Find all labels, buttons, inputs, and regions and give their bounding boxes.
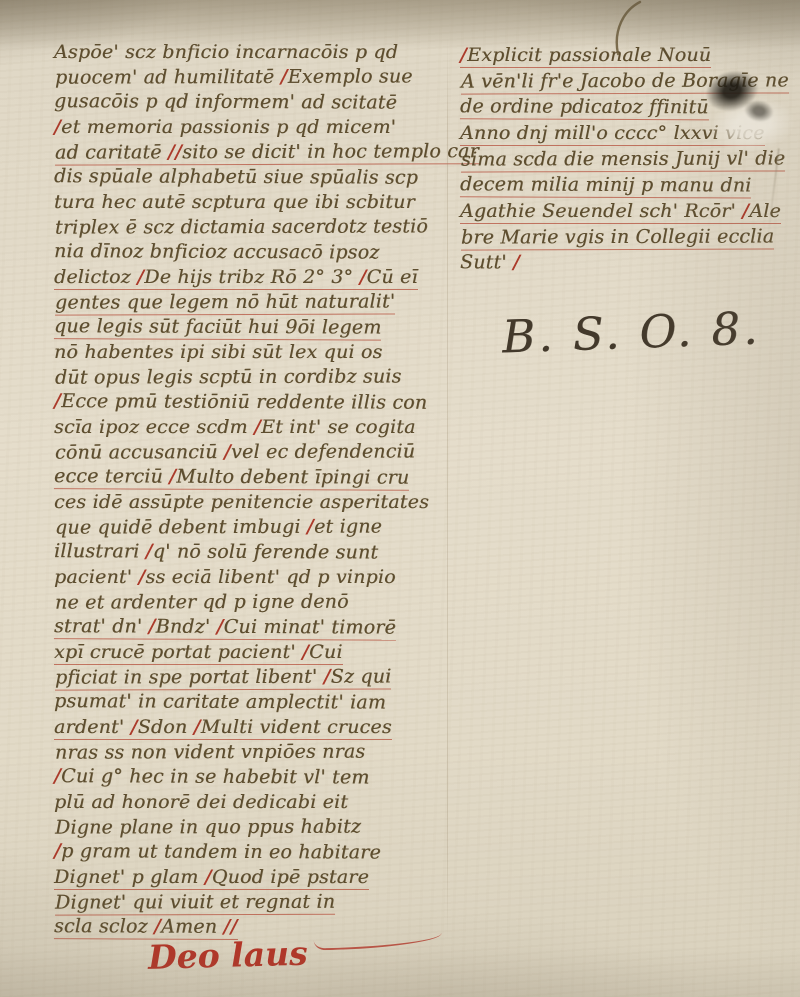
- text-line: nō habentes ipi sibi sūt lex qui os: [54, 340, 446, 365]
- pen-flourish-line: [313, 933, 441, 950]
- text-line: delictoz /De hijs tribz Rō 2° 3° /Cū eī: [54, 265, 446, 290]
- rubric-virgule: /: [138, 566, 145, 588]
- rubric-virgule: /: [513, 251, 520, 273]
- text-line: Sutt' /: [460, 249, 796, 276]
- rubric-virgule: /: [146, 541, 153, 563]
- text-line: ces idē assūpte penitencie asperitates: [54, 490, 446, 515]
- text-line: puocem' ad humilitatē /Exemplo sue: [55, 64, 447, 90]
- text-line: que legis sūt faciūt hui 9ōi legem: [54, 314, 446, 341]
- text-line: ecce terciū /Multo debent īpingi cru: [54, 464, 446, 491]
- text-line: Agathie Seuendel sch' Rcōr' /Ale: [460, 198, 796, 224]
- rubric-virgule: /: [217, 616, 224, 638]
- text-line: ad caritatē //sito se dicit' in hoc temp…: [55, 139, 447, 165]
- text-line: scīa ipoz ecce scdm /Et int' se cogita: [54, 415, 446, 440]
- text-line: nras ss non vident vnpiōes nras: [55, 739, 447, 765]
- text-line: Digne plane in quo ppus habitz: [55, 814, 447, 840]
- text-line: /et memoria passionis p qd micem': [54, 115, 446, 140]
- manuscript-page: Aspōe' scz bnficio incarnacōis p qdpuoce…: [0, 0, 800, 997]
- text-line: psumat' in caritate amplectit' iam: [54, 689, 446, 716]
- text-line: nia dīnoz bnficioz accusacō ipsoz: [54, 239, 446, 266]
- text-line: que quidē debent imbugi /et igne: [55, 514, 447, 540]
- rubric-virgule: /: [205, 866, 212, 888]
- column-ruling-line: [447, 36, 448, 942]
- text-line: /p gram ut tandem in eo habitare: [54, 839, 446, 866]
- shelfmark-inscription: B. S. O. 8.: [501, 302, 761, 364]
- text-line: Dignet' p glam /Quod ipē pstare: [54, 865, 446, 890]
- deo-laus-text: Deo laus: [148, 934, 309, 977]
- text-line: /Cui g° hec in se habebit vl' tem: [54, 764, 446, 791]
- text-line: Aspōe' scz bnficio incarnacōis p qd: [54, 40, 446, 65]
- text-line: decem milia minij p manu dni: [460, 171, 796, 198]
- rubric-virgule: /: [324, 666, 331, 688]
- text-line: ne et ardenter qd p igne denō: [55, 589, 447, 615]
- deo-laus-inscription: Deo laus: [148, 930, 443, 977]
- rubric-virgule: //: [168, 141, 182, 163]
- text-line: dūt opus legis scptū in cordibz suis: [55, 364, 447, 390]
- text-line: dis spūale alphabetū siue spūalis scp: [54, 164, 446, 191]
- text-line: plū ad honorē dei dedicabi eit: [54, 790, 446, 815]
- text-line: tura hec autē scptura que ibi scbitur: [54, 190, 446, 215]
- text-line: bre Marie vgis in Collegii ecclia: [461, 223, 797, 250]
- text-line: pacient' /ss eciā libent' qd p vinpio: [54, 565, 446, 590]
- main-text-column: Aspōe' scz bnficio incarnacōis p qdpuoce…: [54, 40, 446, 940]
- rubric-virgule: /: [149, 616, 156, 638]
- text-line: gentes que legem nō hūt naturalit': [55, 289, 447, 315]
- text-line: cōnū accusanciū /vel ec defendenciū: [55, 439, 447, 465]
- text-line: triplex ē scz dictamia sacerdotz testiō: [55, 214, 447, 240]
- text-line: /Ecce pmū testiōniū reddente illis con: [54, 389, 446, 416]
- rubric-virgule: /: [194, 716, 201, 738]
- text-line: pficiat in spe portat libent' /Sz qui: [55, 664, 447, 690]
- rubric-virgule: /: [281, 66, 288, 88]
- text-line: illustrari /q' nō solū ferende sunt: [54, 539, 446, 566]
- text-line: xpī crucē portat pacient' /Cui: [54, 640, 446, 665]
- pen-flourish-icon: [596, 0, 648, 56]
- text-line: strat' dn' /Bndz' /Cui minat' timorē: [54, 614, 446, 641]
- text-line: ardent' /Sdon /Multi vident cruces: [54, 715, 446, 740]
- rubric-virgule: /: [131, 716, 138, 738]
- text-line: Dignet' qui viuit et regnat in: [55, 889, 447, 915]
- text-line: gusacōis p qd informem' ad scitatē: [54, 89, 446, 116]
- rubric-virgule: /: [359, 266, 366, 288]
